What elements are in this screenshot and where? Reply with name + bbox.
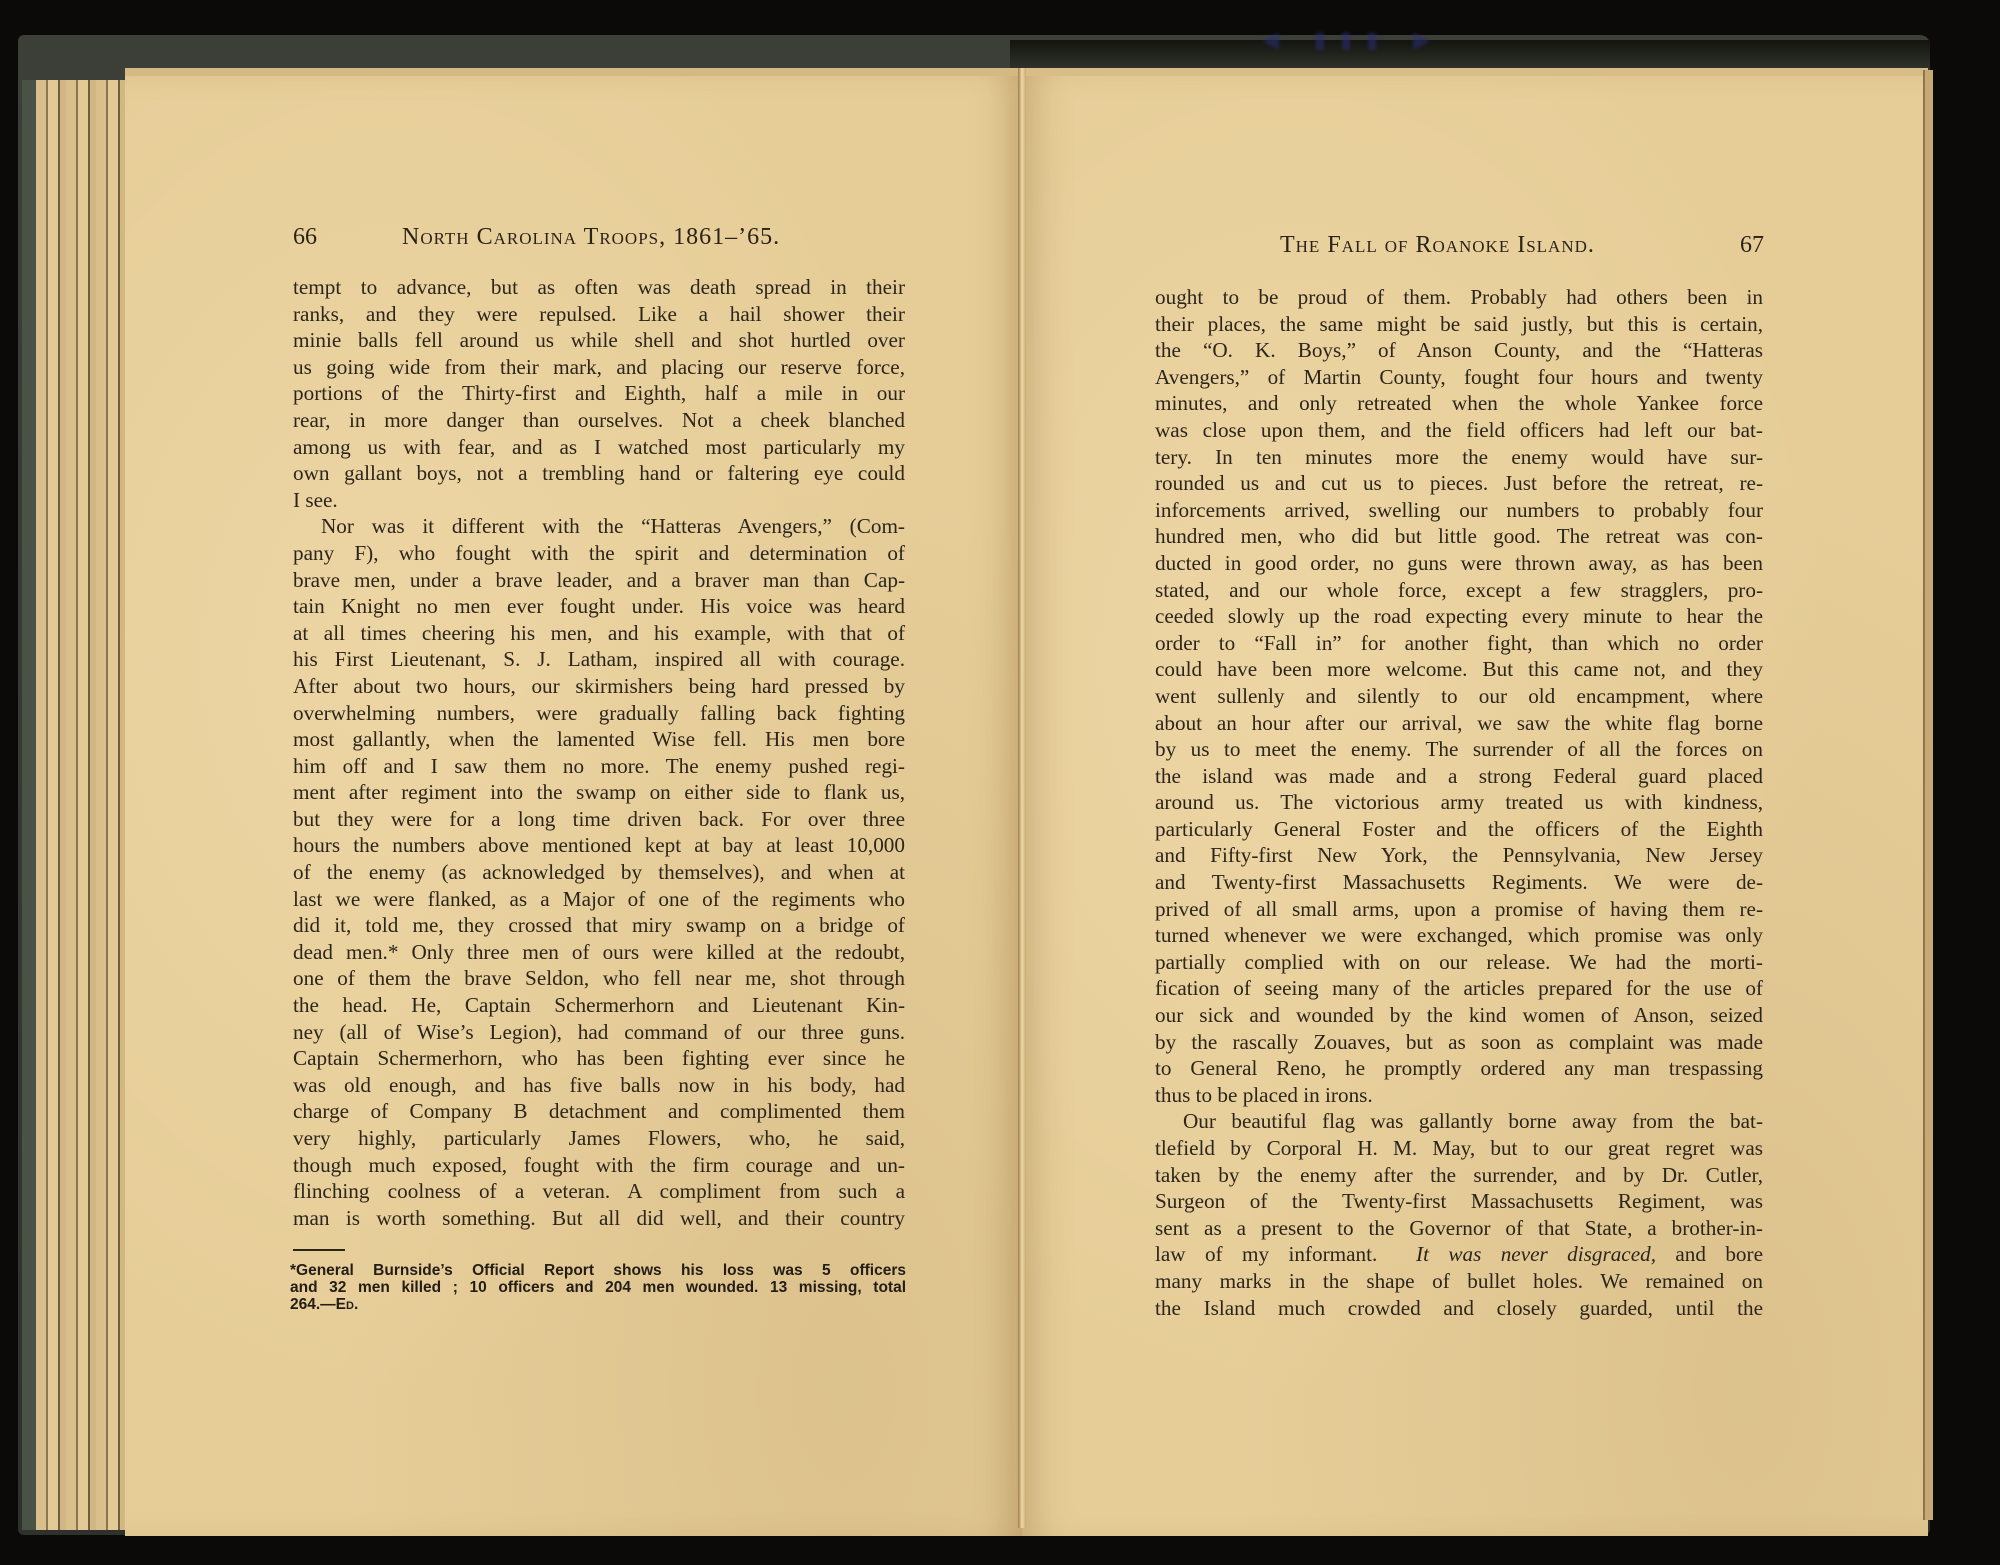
text-line: one of them the brave Seldon, who fell n… (293, 965, 905, 992)
text-line: ducted in good order, no guns were throw… (1155, 550, 1763, 577)
text-line: most gallantly, when the lamented Wise f… (293, 726, 905, 753)
text-line: prived of all small arms, upon a promise… (1155, 896, 1763, 923)
text-line: went sullenly and silently to our old en… (1155, 683, 1763, 710)
text-line: thus to be placed in irons. (1155, 1082, 1763, 1109)
text-line: particularly General Foster and the offi… (1155, 816, 1763, 843)
text-line: order to “Fall in” for another fight, th… (1155, 630, 1763, 657)
text-line: pany F), who fought with the spirit and … (293, 540, 905, 567)
text-run: law of my informant. (1155, 1242, 1416, 1266)
paragraph-start-line: Nor was it different with the “Hatteras … (293, 513, 905, 540)
text-line: ceeded slowly up the road expecting ever… (1155, 603, 1763, 630)
text-line: our sick and wounded by the kind women o… (1155, 1002, 1763, 1029)
book-gutter (1018, 68, 1026, 1528)
footnote-line: *General Burnside’s Official Report show… (290, 1262, 906, 1279)
right-running-head: The Fall of Roanoke Island. (1280, 232, 1595, 259)
text-line: the “O. K. Boys,” of Anson County, and t… (1155, 337, 1763, 364)
text-line: hundred men, who did but little good. Th… (1155, 523, 1763, 550)
text-line: tery. In ten minutes more the enemy woul… (1155, 444, 1763, 471)
text-line: partially complied with on our release. … (1155, 949, 1763, 976)
right-page-edge (1923, 70, 1933, 1520)
text-line-with-italic: law of my informant. It was never disgra… (1155, 1241, 1763, 1268)
footnote-rule (293, 1249, 345, 1251)
left-running-head-title: North Carolina Troops, 1861–’65. (402, 224, 780, 250)
text-line: ment after regiment into the swamp on ei… (293, 779, 905, 806)
text-line: brave men, under a brave leader, and a b… (293, 567, 905, 594)
text-line: around us. The victorious army treated u… (1155, 789, 1763, 816)
text-line: sent as a present to the Governor of tha… (1155, 1215, 1763, 1242)
text-line: stated, and our whole force, except a fe… (1155, 577, 1763, 604)
italic-emphasis: It was never disgraced, (1416, 1242, 1656, 1266)
text-line: ney (all of Wise’s Legion), had command … (293, 1019, 905, 1046)
right-running-head-title: The Fall of Roanoke Island. (1280, 232, 1595, 258)
text-line-with-footnote-ref: dead men.* Only three men of ours were k… (293, 939, 905, 966)
text-line: After about two hours, our skirmishers b… (293, 673, 905, 700)
text-line: taken by the enemy after the surrender, … (1155, 1162, 1763, 1189)
footnote-line: and 32 men killed ; 10 officers and 204 … (290, 1279, 906, 1296)
text-line: his First Lieutenant, S. J. Latham, insp… (293, 646, 905, 673)
paragraph-start-line: Our beautiful flag was gallantly borne a… (1155, 1108, 1763, 1135)
text-line: but they were for a long time driven bac… (293, 806, 905, 833)
text-line: did it, told me, they crossed that miry … (293, 912, 905, 939)
text-line: by us to meet the enemy. The surrender o… (1155, 736, 1763, 763)
left-page-body: tempt to advance, but as often was death… (293, 274, 905, 1231)
text-line: Surgeon of the Twenty-first Massachusett… (1155, 1188, 1763, 1215)
text-line: portions of the Thirty-first and Eighth,… (293, 380, 905, 407)
faint-reflected-marking: ◀ ▮▮▮ ▶ (1262, 28, 1682, 54)
text-line: very highly, particularly James Flowers,… (293, 1125, 905, 1152)
text-line: overwhelming numbers, were gradually fal… (293, 700, 905, 727)
text-line: I see. (293, 487, 905, 514)
right-page-body: ought to be proud of them. Probably had … (1155, 284, 1763, 1321)
text-line: the head. He, Captain Schermerhorn and L… (293, 992, 905, 1019)
text-line: own gallant boys, not a trembling hand o… (293, 460, 905, 487)
left-running-head: North Carolina Troops, 1861–’65. (402, 224, 780, 251)
text-run: and bore (1656, 1242, 1763, 1266)
right-page-number: 67 (1740, 232, 1764, 259)
text-line: their places, the same might be said jus… (1155, 311, 1763, 338)
text-line: tain Knight no men ever fought under. Hi… (293, 593, 905, 620)
text-line: among us with fear, and as I watched mos… (293, 434, 905, 461)
text-line: man is worth something. But all did well… (293, 1205, 905, 1232)
text-line: tempt to advance, but as often was death… (293, 274, 905, 301)
text-line: was close upon them, and the field offic… (1155, 417, 1763, 444)
text-line: flinching coolness of a veteran. A compl… (293, 1178, 905, 1205)
text-line: the island was made and a strong Federal… (1155, 763, 1763, 790)
text-line: him off and I saw them no more. The enem… (293, 753, 905, 780)
footnote-line: 264.—Ed. (290, 1296, 906, 1313)
text-line: minutes, and only retreated when the who… (1155, 390, 1763, 417)
text-line: though much exposed, fought with the fir… (293, 1152, 905, 1179)
text-line: ought to be proud of them. Probably had … (1155, 284, 1763, 311)
text-line: by the rascally Zouaves, but as soon as … (1155, 1029, 1763, 1056)
footnote: *General Burnside’s Official Report show… (290, 1262, 906, 1313)
text-line: to General Reno, he promptly ordered any… (1155, 1055, 1763, 1082)
text-line: Captain Schermerhorn, who has been fight… (293, 1045, 905, 1072)
text-line: Avengers,” of Martin County, fought four… (1155, 364, 1763, 391)
text-line: at all times cheering his men, and his e… (293, 620, 905, 647)
text-line: turned whenever we were exchanged, which… (1155, 922, 1763, 949)
text-line: was old enough, and has five balls now i… (293, 1072, 905, 1099)
text-line: and Fifty-first New York, the Pennsylvan… (1155, 842, 1763, 869)
text-line: charge of Company B detachment and compl… (293, 1098, 905, 1125)
text-line: and Twenty-first Massachusetts Regiments… (1155, 869, 1763, 896)
text-line: the Island much crowded and closely guar… (1155, 1295, 1763, 1322)
footnote-total: 264.— (290, 1296, 336, 1313)
text-line: us going wide from their mark, and placi… (293, 354, 905, 381)
text-line: ranks, and they were repulsed. Like a ha… (293, 301, 905, 328)
text-line: last we were flanked, as a Major of one … (293, 886, 905, 913)
text-line: tlefield by Corporal H. M. May, but to o… (1155, 1135, 1763, 1162)
text-line: rear, in more danger than ourselves. Not… (293, 407, 905, 434)
left-page-number: 66 (293, 224, 317, 251)
text-line: fication of seeing many of the articles … (1155, 975, 1763, 1002)
text-line: hours the numbers above mentioned kept a… (293, 832, 905, 859)
text-line: inforcements arrived, swelling our numbe… (1155, 497, 1763, 524)
footnote-editor-signature: Ed. (336, 1296, 359, 1313)
text-line: minie balls fell around us while shell a… (293, 327, 905, 354)
text-line: about an hour after our arrival, we saw … (1155, 710, 1763, 737)
text-line: rounded us and cut us to pieces. Just be… (1155, 470, 1763, 497)
text-line: could have been more welcome. But this c… (1155, 656, 1763, 683)
text-line: of the enemy (as acknowledged by themsel… (293, 859, 905, 886)
text-line: many marks in the shape of bullet holes.… (1155, 1268, 1763, 1295)
